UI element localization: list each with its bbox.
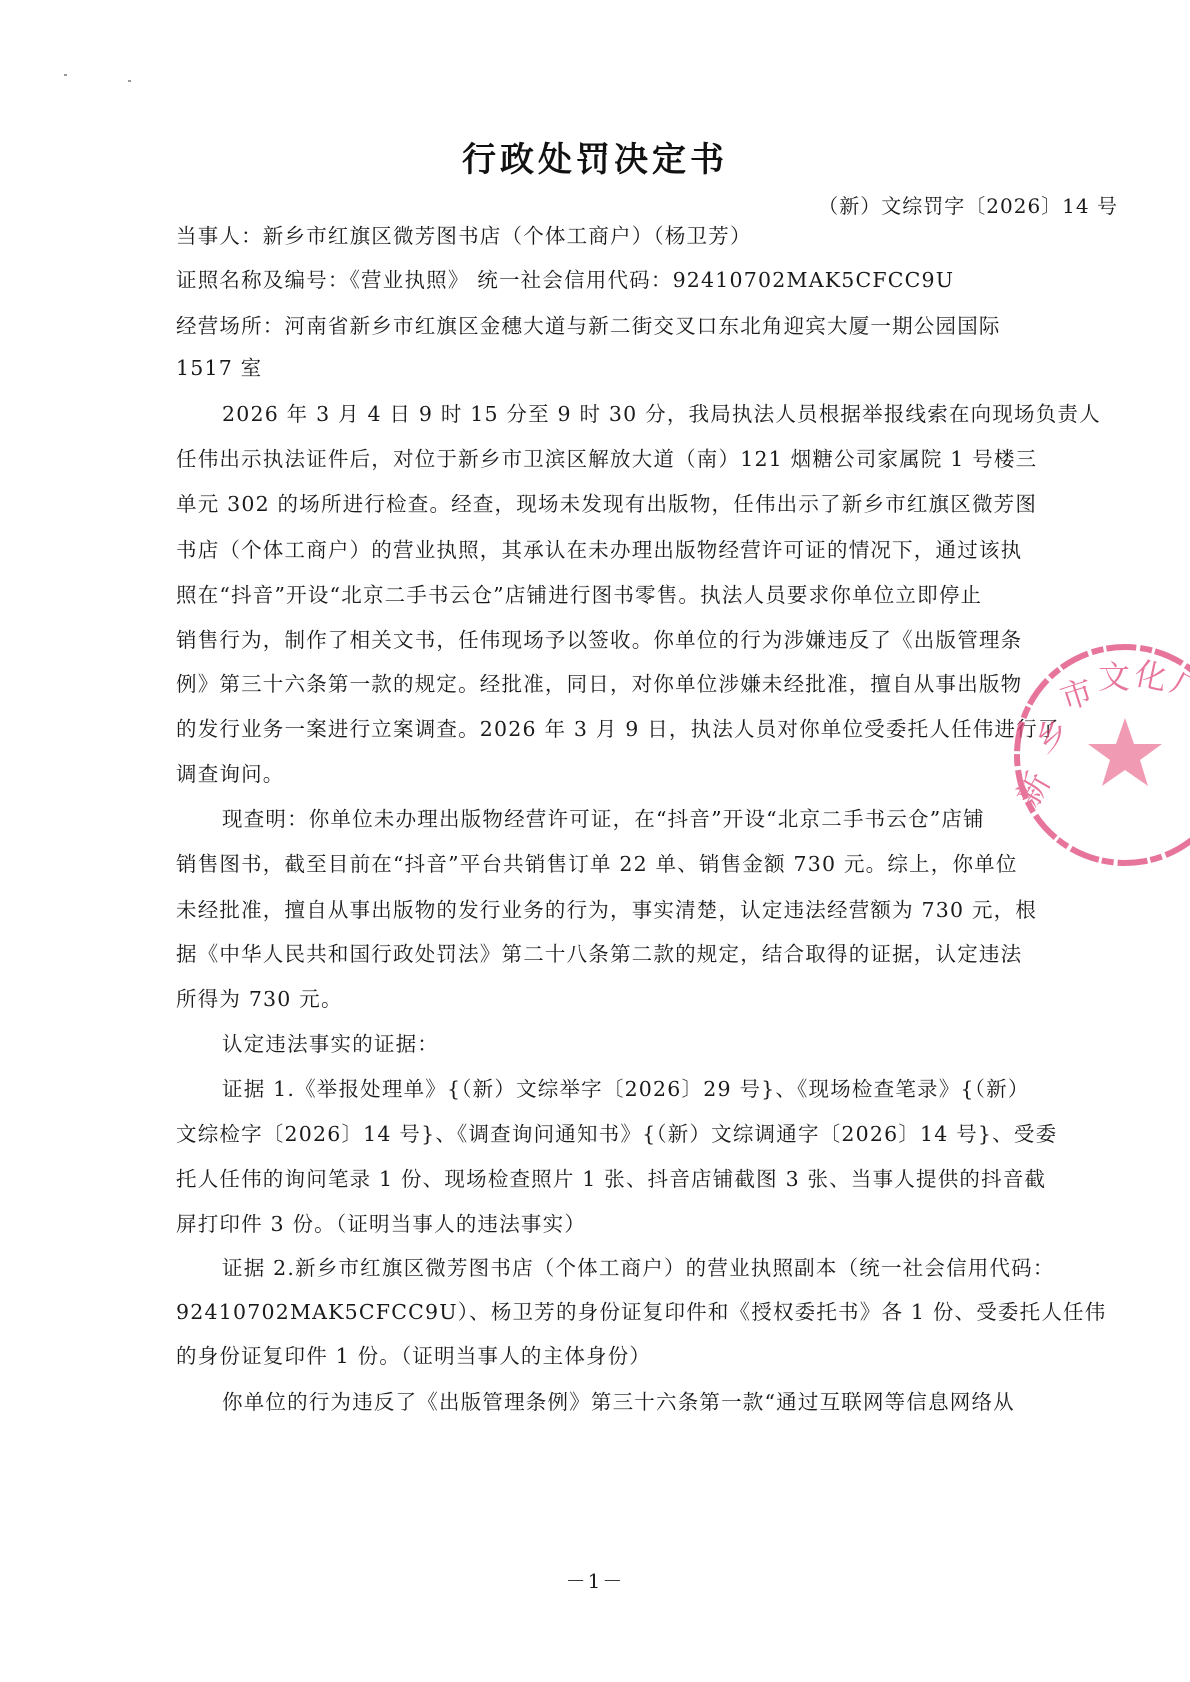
evidence-1-line: 托人任伟的询问笔录 1 份、现场检查照片 1 张、抖音店铺截图 3 张、当事人提…	[176, 1165, 1116, 1193]
evidence-2-line: 92410702MAK5CFCC9U）、杨卫芳的身份证复印件和《授权委托书》各 …	[176, 1298, 1116, 1326]
evidence-2-line: 的身份证复印件 1 份。（证明当事人的主体身份）	[176, 1342, 1116, 1370]
svg-text:广: 广	[1165, 663, 1190, 712]
body-line: 2026 年 3 月 4 日 9 时 15 分至 9 时 30 分，我局执法人员…	[222, 400, 1162, 428]
findings-line: 销售图书，截至目前在“抖音”平台共销售订单 22 单、销售金额 730 元。综上…	[176, 850, 1116, 878]
findings-line: 所得为 730 元。	[176, 985, 1116, 1013]
body-line: 的发行业务一案进行立案调查。2026 年 3 月 9 日，执法人员对你单位受委托…	[176, 715, 1116, 743]
evidence-1-line: 屏打印件 3 份。（证明当事人的违法事实）	[176, 1210, 1116, 1238]
findings-line: 据《中华人民共和国行政处罚法》第二十八条第二款的规定，结合取得的证据，认定违法	[176, 940, 1116, 968]
body-line: 销售行为，制作了相关文书，任伟现场予以签收。你单位的行为涉嫌违反了《出版管理条	[176, 626, 1116, 654]
document-page: 行政处罚决定书 （新）文综罚字〔2026〕14 号 当事人：新乡市红旗区微芳图书…	[0, 0, 1190, 1682]
body-line: 单元 302 的场所进行检查。经查，现场未发现有出版物，任伟出示了新乡市红旗区微…	[176, 490, 1116, 518]
body-line: 照在“抖音”开设“北京二手书云仓”店铺进行图书零售。执法人员要求你单位立即停止	[176, 581, 1116, 609]
license-line: 证照名称及编号：《营业执照》 统一社会信用代码：92410702MAK5CFCC…	[176, 266, 1116, 294]
svg-text:乡: 乡	[1028, 710, 1076, 759]
svg-text:市: 市	[1056, 672, 1098, 718]
official-seal-icon: 新 乡 市 文 化 广	[1010, 640, 1190, 870]
evidence-1-line: 文综检字〔2026〕14 号}、《调查询问通知书》{（新）文综调通字〔2026〕…	[176, 1120, 1116, 1148]
address-line: 经营场所：河南省新乡市红旗区金穗大道与新二街交叉口东北角迎宾大厦一期公园国际	[176, 312, 1116, 340]
body-line: 任伟出示执法证件后，对位于新乡市卫滨区解放大道（南）121 烟糖公司家属院 1 …	[176, 445, 1116, 473]
body-line: 书店（个体工商户）的营业执照，其承认在未办理出版物经营许可证的情况下，通过该执	[176, 536, 1116, 564]
scan-speck	[128, 80, 131, 82]
document-title: 行政处罚决定书	[0, 132, 1190, 181]
evidence-2-line: 证据 2.新乡市红旗区微芳图书店（个体工商户）的营业执照副本（统一社会信用代码：	[222, 1254, 1162, 1282]
body-line: 调查询问。	[176, 760, 1116, 788]
page-number: －1－	[0, 1565, 1190, 1594]
evidence-heading: 认定违法事实的证据：	[222, 1030, 1162, 1058]
svg-text:文: 文	[1098, 658, 1130, 696]
party-line: 当事人：新乡市红旗区微芳图书店（个体工商户）（杨卫芳）	[176, 222, 1116, 250]
violation-line: 你单位的行为违反了《出版管理条例》第三十六条第一款“通过互联网等信息网络从	[222, 1388, 1162, 1416]
address-line-cont: 1517 室	[176, 354, 1116, 382]
scan-speck	[64, 74, 67, 76]
svg-text:化: 化	[1131, 654, 1170, 698]
document-number: （新）文综罚字〔2026〕14 号	[818, 190, 1118, 219]
evidence-1-line: 证据 1.《举报处理单》{（新）文综举字〔2026〕29 号}、《现场检查笔录》…	[222, 1075, 1162, 1103]
body-line: 例》第三十六条第一款的规定。经批准，同日，对你单位涉嫌未经批准，擅自从事出版物	[176, 670, 1116, 698]
findings-line: 未经批准，擅自从事出版物的发行业务的行为，事实清楚，认定违法经营额为 730 元…	[176, 896, 1116, 924]
